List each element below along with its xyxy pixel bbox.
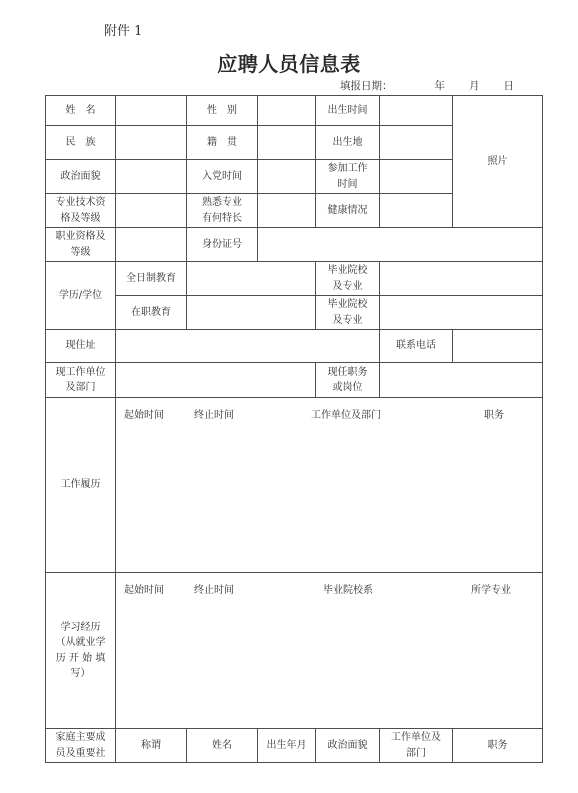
work-end-col-header: 终止时间 <box>194 408 234 424</box>
fulltime-edu-label: 全日制教育 <box>116 262 187 296</box>
address-label: 现住址 <box>46 330 116 363</box>
family-political-col-header: 政治面貌 <box>316 729 380 763</box>
gender-value-cell <box>258 96 316 126</box>
party-join-time-label: 入党时间 <box>187 160 258 194</box>
ethnicity-label: 民 族 <box>46 126 116 160</box>
attachment-label: 附件 1 <box>104 20 142 39</box>
name-value-cell <box>116 96 187 126</box>
birth-time-value-cell <box>380 96 453 126</box>
day-label: 日 <box>504 80 515 92</box>
work-start-time-value-cell <box>380 160 453 194</box>
birth-place-label: 出生地 <box>316 126 380 160</box>
health-label: 健康情况 <box>316 194 380 228</box>
address-value-cell <box>116 330 380 363</box>
birth-place-value-cell <box>380 126 453 160</box>
study-major-col-header: 所学专业 <box>471 583 511 599</box>
study-start-col-header: 起始时间 <box>124 583 164 599</box>
work-history-section: 起始时间 终止时间 工作单位及部门 职务 <box>116 398 543 573</box>
study-history-section: 起始时间 终止时间 毕业院校系 所学专业 <box>116 573 543 729</box>
gender-label: 性 别 <box>187 96 258 126</box>
position-value-cell <box>380 363 543 398</box>
year-label: 年 <box>435 80 446 92</box>
phone-value-cell <box>453 330 543 363</box>
education-label: 学历/学位 <box>46 262 116 330</box>
inservice-grad-school-value-cell <box>380 296 543 330</box>
political-status-value-cell <box>116 160 187 194</box>
work-start-col-header: 起始时间 <box>124 408 164 424</box>
month-label: 月 <box>469 80 480 92</box>
professional-cert-label: 专业技术资 格及等级 <box>46 194 116 228</box>
professional-cert-value-cell <box>116 194 187 228</box>
family-relation-col-header: 称谓 <box>116 729 187 763</box>
family-title-col-header: 职务 <box>453 729 543 763</box>
fill-date-line: 填报日期：年月日 <box>45 78 542 93</box>
work-unit-col-header: 工作单位及部门 <box>311 408 381 424</box>
vocational-cert-label: 职业资格及 等级 <box>46 228 116 262</box>
employer-label: 现工作单位 及部门 <box>46 363 116 398</box>
family-birth-col-header: 出生年月 <box>258 729 316 763</box>
work-title-col-header: 职务 <box>484 408 504 424</box>
fulltime-edu-value-cell <box>187 262 316 296</box>
family-name-col-header: 姓名 <box>187 729 258 763</box>
inservice-edu-label: 在职教育 <box>116 296 187 330</box>
specialty-label: 熟悉专业 有何特长 <box>187 194 258 228</box>
birth-time-label: 出生时间 <box>316 96 380 126</box>
native-place-value-cell <box>258 126 316 160</box>
party-join-time-value-cell <box>258 160 316 194</box>
photo-cell: 照片 <box>453 96 543 228</box>
fulltime-grad-school-label: 毕业院校 及专业 <box>316 262 380 296</box>
inservice-grad-school-label: 毕业院校 及专业 <box>316 296 380 330</box>
inservice-edu-value-cell <box>187 296 316 330</box>
study-school-col-header: 毕业院校系 <box>323 583 373 599</box>
health-value-cell <box>380 194 453 228</box>
form-title: 应聘人员信息表 <box>0 48 578 77</box>
work-start-time-label: 参加工作 时间 <box>316 160 380 194</box>
document-page: 附件 1 应聘人员信息表 填报日期：年月日 姓 名 性 别 出生时间 照片 民 … <box>0 0 578 793</box>
vocational-cert-value-cell <box>116 228 187 262</box>
name-label: 姓 名 <box>46 96 116 126</box>
phone-label: 联系电话 <box>380 330 453 363</box>
applicant-info-table: 姓 名 性 别 出生时间 照片 民 族 籍 贯 出生地 政治面貌 入党时间 参加… <box>45 95 543 763</box>
id-number-value-cell <box>258 228 543 262</box>
work-history-label: 工作履历 <box>46 398 116 573</box>
fulltime-grad-school-value-cell <box>380 262 543 296</box>
family-unit-col-header: 工作单位及 部门 <box>380 729 453 763</box>
id-number-label: 身份证号 <box>187 228 258 262</box>
political-status-label: 政治面貌 <box>46 160 116 194</box>
fill-date-label: 填报日期： <box>340 80 393 92</box>
ethnicity-value-cell <box>116 126 187 160</box>
specialty-value-cell <box>258 194 316 228</box>
native-place-label: 籍 贯 <box>187 126 258 160</box>
employer-value-cell <box>116 363 316 398</box>
study-end-col-header: 终止时间 <box>194 583 234 599</box>
family-label: 家庭主要成 员及重要社 <box>46 729 116 763</box>
study-history-label: 学习经历 （从就业学 历 开 始 填 写） <box>46 573 116 729</box>
position-label: 现任职务 或岗位 <box>316 363 380 398</box>
